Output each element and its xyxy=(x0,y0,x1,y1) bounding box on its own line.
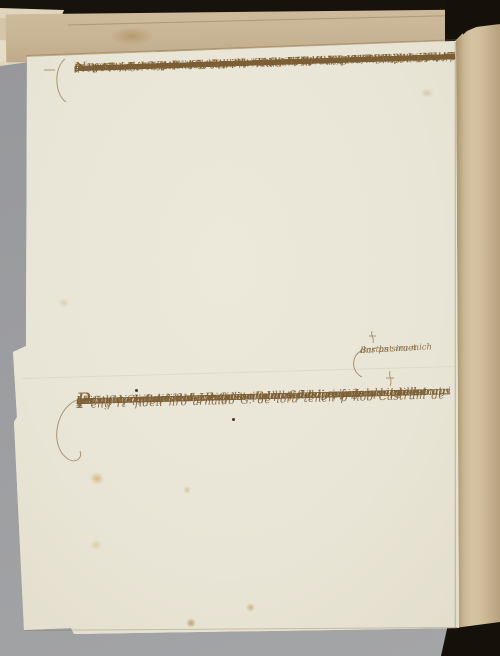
doc1-paraph-mark xyxy=(369,331,376,343)
ink-flourishes xyxy=(0,0,500,656)
note-flourish xyxy=(354,351,362,377)
margin-bracket-flourish xyxy=(57,59,66,102)
initial-flourish xyxy=(57,399,81,461)
note-paraph-mark xyxy=(386,371,394,386)
manuscript-photo: Nos Petrus z ct. Attendon castri nri Ciu… xyxy=(0,0,500,656)
